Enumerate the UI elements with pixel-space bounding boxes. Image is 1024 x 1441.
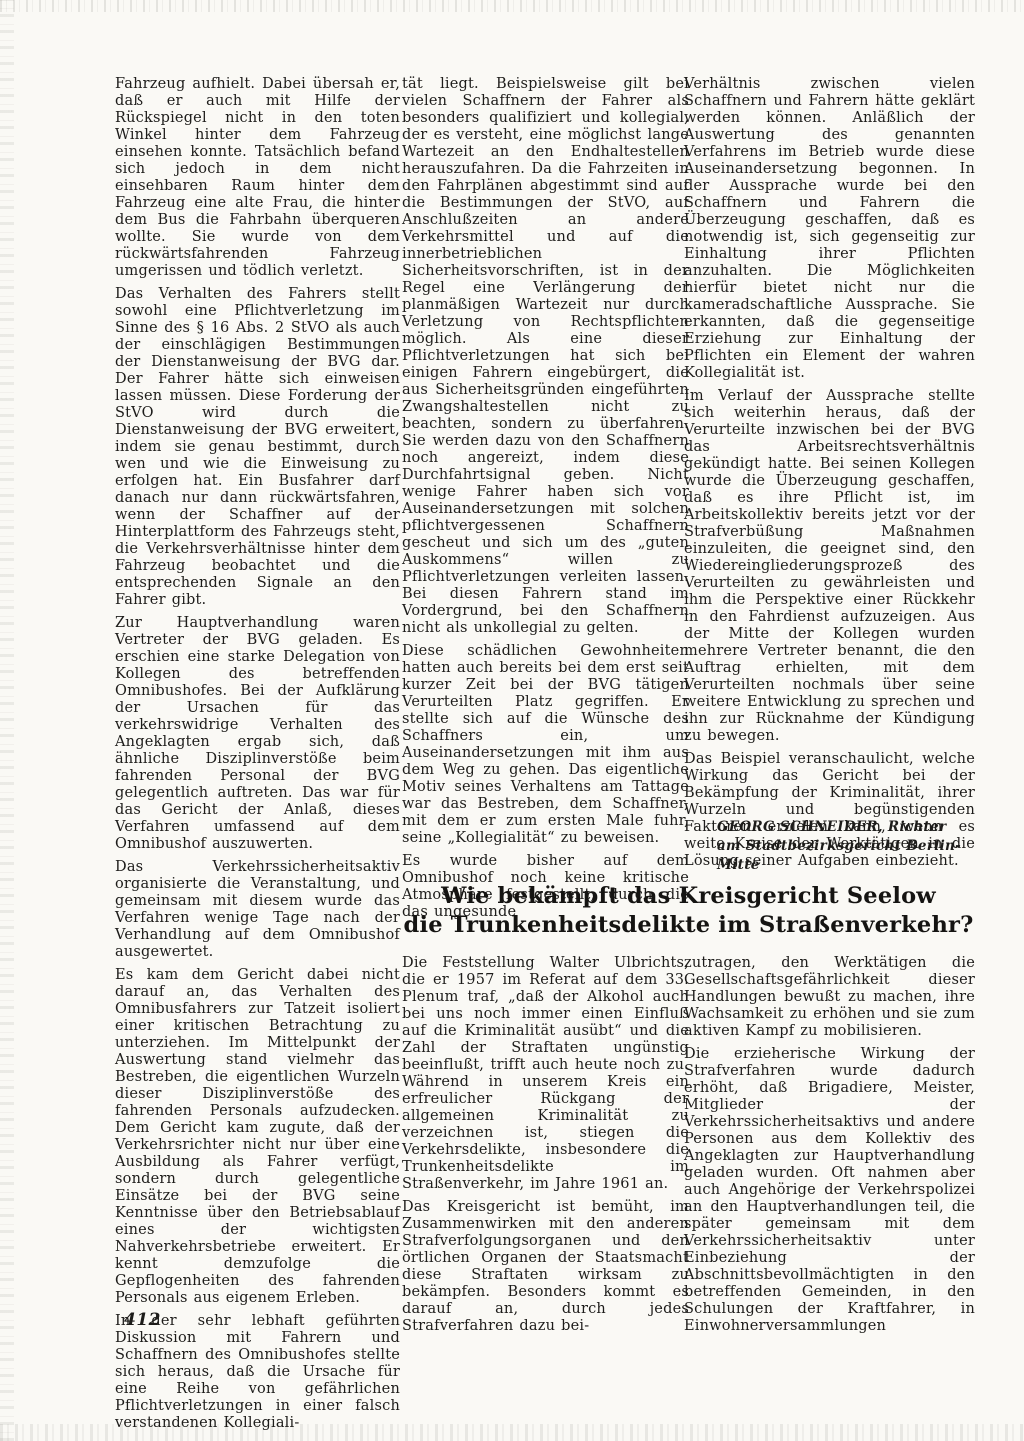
article2-title-line2: die Trunkenheitsdelikte im Straßenverkeh…	[402, 911, 975, 940]
paragraph: Verhältnis zwischen vielen Schaffnern un…	[684, 76, 975, 382]
author-court-line: am Stadtbezirksgericht Berlin-Mitte	[717, 837, 975, 875]
article1-author-signature: GEORG SCHNEIDER, Richter am Stadtbezirks…	[684, 818, 975, 875]
article2-title: Wie bekämpft das Kreisgericht Seelow die…	[402, 882, 975, 940]
scanned-journal-page: Fahrzeug aufhielt. Dabei übersah er, daß…	[0, 0, 1024, 1441]
paragraph: In der sehr lebhaft geführten Diskussion…	[115, 1313, 400, 1432]
article2-title-line1: Wie bekämpft das Kreisgericht Seelow	[402, 882, 975, 911]
paragraph: tät liegt. Beispielsweise gilt bei viele…	[402, 76, 689, 637]
article2-column-1: Die Feststellung Walter Ulbrichts, die e…	[402, 955, 689, 1341]
article1-column-3: Verhältnis zwischen vielen Schaffnern un…	[684, 76, 975, 876]
article1-column-2: tät liegt. Beispielsweise gilt bei viele…	[402, 76, 689, 927]
paragraph: Das Kreisgericht ist bemüht, im Zusammen…	[402, 1199, 689, 1335]
article2-column-2: zutragen, den Werktätigen die Gesellscha…	[684, 955, 975, 1341]
author-name-line: GEORG SCHNEIDER, Richter	[717, 818, 975, 837]
paragraph: Diese schädlichen Gewohnheiten hatten au…	[402, 643, 689, 847]
scan-noise-top-edge	[0, 0, 1024, 12]
paragraph: Zur Hauptverhandlung waren Vertreter der…	[115, 615, 400, 853]
paragraph: zutragen, den Werktätigen die Gesellscha…	[684, 955, 975, 1040]
scan-noise-left-edge	[0, 0, 14, 1441]
paragraph: Es kam dem Gericht dabei nicht darauf an…	[115, 967, 400, 1307]
paragraph: Die erzieherische Wirkung der Strafverfa…	[684, 1046, 975, 1335]
article1-column-1: Fahrzeug aufhielt. Dabei übersah er, daß…	[115, 76, 400, 1438]
page-number: 412	[124, 1310, 161, 1330]
paragraph: Fahrzeug aufhielt. Dabei übersah er, daß…	[115, 76, 400, 280]
paragraph: Im Verlauf der Aussprache stellte sich w…	[684, 388, 975, 745]
paragraph: Das Verkehrssicherheitsaktiv organisiert…	[115, 859, 400, 961]
paragraph: Das Verhalten des Fahrers stellt sowohl …	[115, 286, 400, 609]
paragraph: Die Feststellung Walter Ulbrichts, die e…	[402, 955, 689, 1193]
